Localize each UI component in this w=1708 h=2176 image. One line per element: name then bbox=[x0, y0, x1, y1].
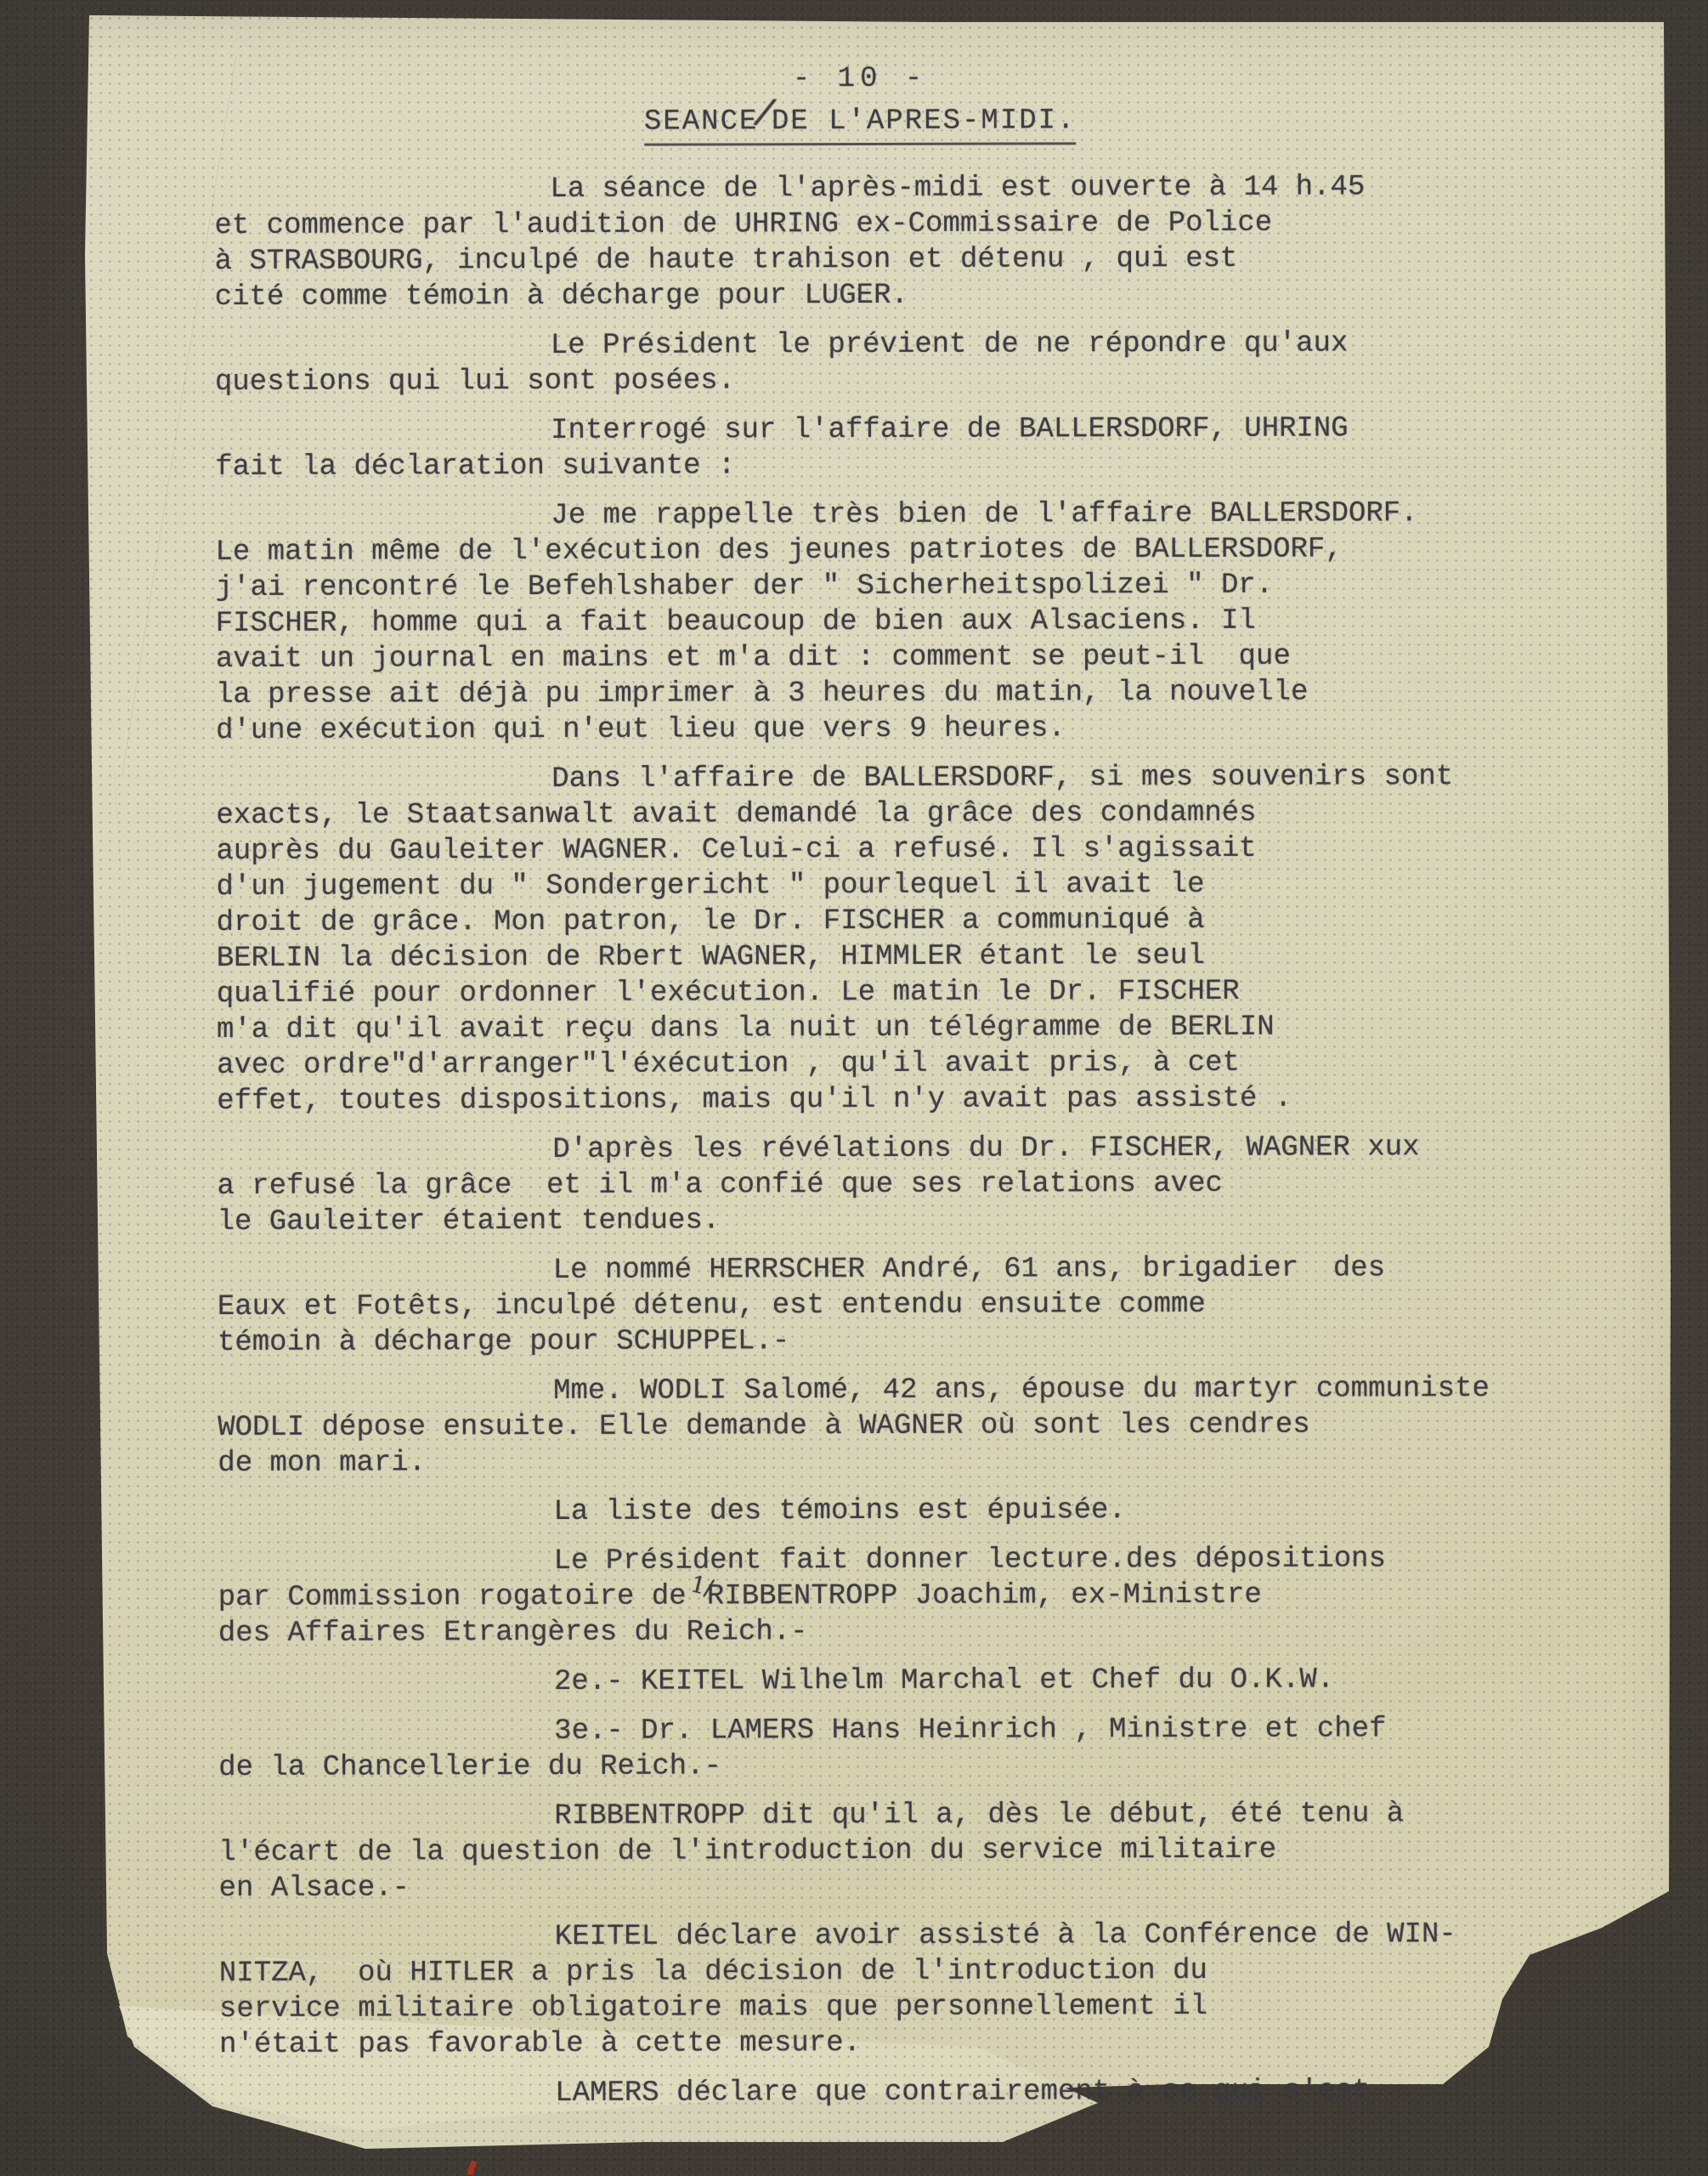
paragraph: LAMERS déclare que contrairement à ce qu… bbox=[219, 2073, 1511, 2112]
text-line: Interrogé sur l'affaire de BALLERSDORF, … bbox=[215, 411, 1507, 450]
paragraph: KEITEL déclare avoir assisté à la Confér… bbox=[219, 1917, 1511, 2063]
text-line: RIBBENTROPP dit qu'il a, dès le début, é… bbox=[218, 1796, 1510, 1835]
section-title-row: SEANCE/DE L'APRES-MIDI. bbox=[214, 102, 1506, 147]
text-line: à STRASBOURG, inculpé de haute trahison … bbox=[215, 241, 1507, 280]
text-line: le Gauleiter étaient tendues. bbox=[218, 1201, 1509, 1240]
text-line: La séance de l'après-midi est ouverte à … bbox=[214, 169, 1506, 208]
paragraph: Le Président le prévient de ne répondre … bbox=[215, 326, 1507, 400]
text-line: témoin à décharge pour SCHUPPEL.- bbox=[218, 1322, 1509, 1361]
title-part-left: SEANCE bbox=[644, 105, 759, 138]
paragraph: Dans l'affaire de BALLERSDORF, si mes so… bbox=[216, 759, 1508, 1119]
text-line: auprès du Gauleiter WAGNER. Celui-ci a r… bbox=[216, 830, 1507, 870]
text-line: avait un journal en mains et m'a dit : c… bbox=[216, 638, 1507, 677]
text-line: NITZA, où HITLER a pris la décision de l… bbox=[219, 1952, 1511, 1992]
text-line: 3e.- Dr. LAMERS Hans Heinrich , Ministre… bbox=[218, 1711, 1510, 1750]
text-line: Mme. WODLI Salomé, 42 ans, épouse du mar… bbox=[218, 1371, 1509, 1410]
text-line: Le matin même de l'exécution des jeunes … bbox=[215, 531, 1507, 570]
text-line: service militaire obligatoire mais que p… bbox=[219, 1988, 1511, 2027]
paragraph: Le Président fait donner lecture.des dép… bbox=[218, 1541, 1510, 1652]
paragraph: Le nommé HERRSCHER André, 61 ans, brigad… bbox=[218, 1250, 1509, 1361]
text-line: cité comme témoin à décharge pour LUGER. bbox=[215, 276, 1507, 315]
text-line: Le nommé HERRSCHER André, 61 ans, brigad… bbox=[218, 1250, 1509, 1289]
typed-text-block: - 10 - SEANCE/DE L'APRES-MIDI. La séance… bbox=[214, 59, 1511, 2112]
page-number: - 10 - bbox=[214, 59, 1506, 99]
text-line: qualifié pour ordonner l'exécution. Le m… bbox=[217, 973, 1508, 1012]
text-line: Le Président fait donner lecture.des dép… bbox=[218, 1541, 1510, 1580]
title-part-right: DE L'APRES-MIDI. bbox=[772, 105, 1077, 138]
text-line: La liste des témoins est épuisée. bbox=[218, 1492, 1509, 1531]
text-line: BERLIN la décision de Rbert WAGNER, HIMM… bbox=[217, 938, 1508, 977]
paragraph: Interrogé sur l'affaire de BALLERSDORF, … bbox=[215, 411, 1507, 485]
text-line: des Affaires Etrangères du Reich.- bbox=[218, 1612, 1510, 1652]
red-ink-mark bbox=[467, 2160, 478, 2175]
text-line: n'était pas favorable à cette mesure. bbox=[219, 2024, 1511, 2063]
text-line: m'a dit qu'il avait reçu dans la nuit un… bbox=[217, 1009, 1508, 1048]
text-line: effet, toutes dispositions, mais qu'il n… bbox=[217, 1080, 1508, 1119]
text-line: Je me rappelle très bien de l'affaire BA… bbox=[215, 496, 1507, 535]
inserted-slash-mark: / bbox=[753, 114, 778, 118]
paragraph: La séance de l'après-midi est ouverte à … bbox=[214, 169, 1506, 315]
text-line: exacts, le Staatsanwalt avait demandé la… bbox=[216, 795, 1507, 834]
text-line: droit de grâce. Mon patron, le Dr. FISCH… bbox=[217, 902, 1508, 941]
text-line: questions qui lui sont posées. bbox=[215, 361, 1507, 400]
text-line: a refusé la grâce et il m'a confié que s… bbox=[217, 1165, 1508, 1204]
text-line: j'ai rencontré le Befehlshaber der " Sic… bbox=[216, 567, 1507, 606]
text-segment: par Commission rogatoire de bbox=[218, 1581, 687, 1614]
text-line: fait la déclaration suivante : bbox=[215, 446, 1507, 485]
paragraph: Mme. WODLI Salomé, 42 ans, épouse du mar… bbox=[218, 1371, 1509, 1482]
text-line: WODLI dépose ensuite. Elle demande à WAG… bbox=[218, 1407, 1509, 1446]
text-line: KEITEL déclare avoir assisté à la Confér… bbox=[219, 1917, 1511, 1956]
text-line: d'une exécution qui n'eut lieu que vers … bbox=[216, 710, 1507, 749]
text-segment: RIBBENTROPP Joachim, ex-Ministre bbox=[707, 1579, 1262, 1613]
text-line: Le Président le prévient de ne répondre … bbox=[215, 326, 1507, 365]
paragraph: La liste des témoins est épuisée. bbox=[218, 1492, 1509, 1531]
paragraph: RIBBENTROPP dit qu'il a, dès le début, é… bbox=[218, 1796, 1510, 1907]
text-line: avec ordre"d'arranger"l'éxécution , qu'i… bbox=[217, 1045, 1508, 1084]
text-line: Dans l'affaire de BALLERSDORF, si mes so… bbox=[216, 759, 1507, 798]
text-line: Eaux et Fotêts, inculpé détenu, est ente… bbox=[218, 1286, 1509, 1325]
paragraph: 2e.- KEITEL Wilhelm Marchal et Chef du O… bbox=[218, 1662, 1510, 1701]
text-line: 2e.- KEITEL Wilhelm Marchal et Chef du O… bbox=[218, 1662, 1510, 1701]
text-line: D'après les révélations du Dr. FISCHER, … bbox=[217, 1130, 1508, 1169]
scanned-document-photo: - 10 - SEANCE/DE L'APRES-MIDI. La séance… bbox=[0, 0, 1708, 2176]
text-line: par Commission rogatoire de1/RIBBENTROPP… bbox=[218, 1577, 1510, 1616]
paragraph: Je me rappelle très bien de l'affaire BA… bbox=[215, 496, 1507, 749]
paragraph: 3e.- Dr. LAMERS Hans Heinrich , Ministre… bbox=[218, 1711, 1510, 1786]
paragraph: D'après les révélations du Dr. FISCHER, … bbox=[217, 1130, 1508, 1240]
text-line: LAMERS déclare que contrairement à ce qu… bbox=[219, 2073, 1511, 2112]
text-line: la presse ait déjà pu imprimer à 3 heure… bbox=[216, 674, 1507, 713]
text-line: et commence par l'audition de UHRING ex-… bbox=[214, 205, 1506, 244]
text-line: de la Chancellerie du Reich.- bbox=[218, 1747, 1510, 1786]
text-line: d'un jugement du " Sondergericht " pourl… bbox=[216, 866, 1507, 905]
section-title: SEANCE/DE L'APRES-MIDI. bbox=[644, 103, 1077, 145]
text-line: en Alsace.- bbox=[219, 1867, 1511, 1907]
text-line: de mon mari. bbox=[218, 1442, 1509, 1482]
text-line: l'écart de la question de l'introduction… bbox=[218, 1832, 1510, 1871]
text-line: FISCHER, homme qui a fait beaucoup de bi… bbox=[216, 603, 1507, 642]
